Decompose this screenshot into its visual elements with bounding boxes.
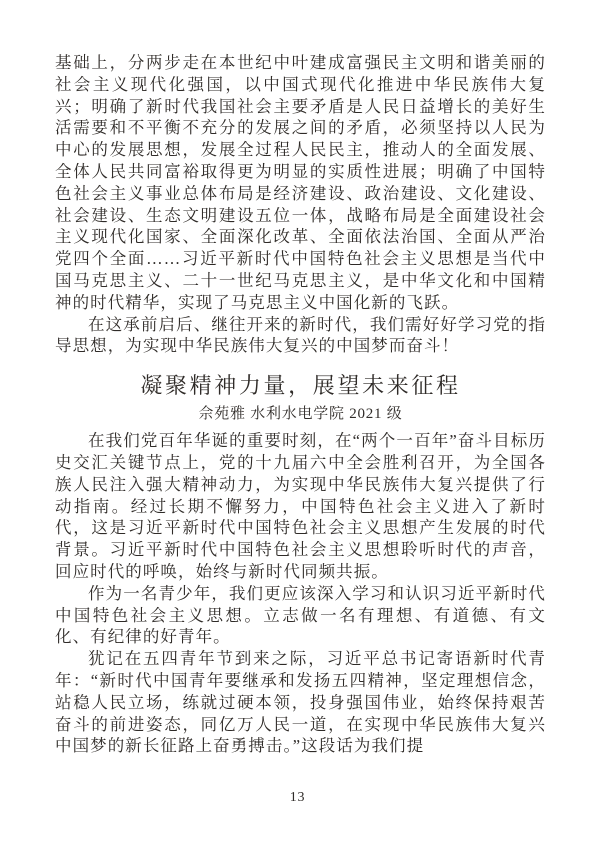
article-author-line: 佘苑雅 水利水电学院 2021 级	[55, 404, 546, 424]
paragraph: 基础上，分两步走在本世纪中叶建成富强民主文明和谐美丽的社会主义现代化强国，以中国…	[55, 52, 546, 314]
paragraph: 在这承前启后、继往开来的新时代，我们需好好学习党的指导思想，为实现中华民族伟大复…	[55, 314, 546, 358]
page-number: 13	[0, 790, 595, 806]
paragraph: 在我们党百年华诞的重要时刻，在“两个一百年”奋斗目标历史交汇关键节点上，党的十九…	[55, 430, 546, 583]
page-content: 基础上，分两步走在本世纪中叶建成富强民主文明和谐美丽的社会主义现代化强国，以中国…	[55, 52, 546, 757]
document-page: 基础上，分两步走在本世纪中叶建成富强民主文明和谐美丽的社会主义现代化强国，以中国…	[0, 0, 595, 842]
article-body: 在我们党百年华诞的重要时刻，在“两个一百年”奋斗目标历史交汇关键节点上，党的十九…	[55, 430, 546, 757]
paragraph: 犹记在五四青年节到来之际，习近平总书记寄语新时代青年：“新时代中国青年要继承和发…	[55, 648, 546, 757]
article-title: 凝聚精神力量，展望未来征程	[55, 372, 546, 400]
paragraph: 作为一名青少年，我们更应该深入学习和认识习近平新时代中国特色社会主义思想。立志做…	[55, 583, 546, 648]
continued-article-body: 基础上，分两步走在本世纪中叶建成富强民主文明和谐美丽的社会主义现代化强国，以中国…	[55, 52, 546, 357]
